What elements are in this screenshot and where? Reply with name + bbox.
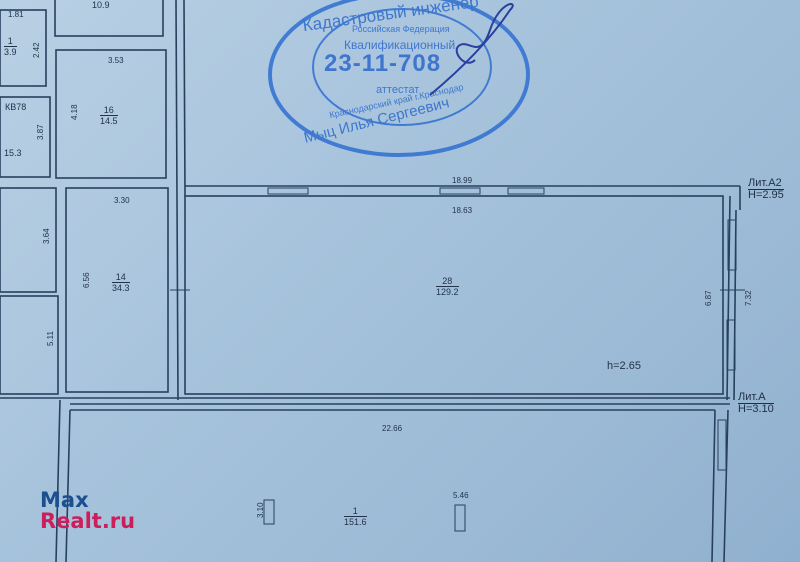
- room-area: 129.2: [436, 287, 459, 297]
- dimension-label: 1.81: [8, 10, 24, 19]
- room-number: 1: [344, 506, 367, 517]
- dimension-label: 7.32: [744, 290, 753, 306]
- room-area: 10.9: [92, 0, 110, 10]
- lit-a2-label: Лит.А2 H=2.95: [748, 178, 784, 201]
- dimension-label: 3.64: [42, 228, 51, 244]
- room-area: 15.3: [4, 148, 22, 158]
- watermark-logo: Max Realt.ru: [40, 490, 135, 532]
- lit-a-label: Лит.А H=3.10: [738, 392, 774, 415]
- room-area: 14.5: [100, 116, 118, 126]
- room-14-label: 14 34.3: [112, 272, 130, 293]
- dimension-label: 5.11: [46, 331, 55, 346]
- dimension-label: 4.18: [70, 104, 79, 120]
- watermark-line1: Max: [40, 490, 135, 511]
- room-top-label: 10.9: [92, 0, 110, 10]
- dimension-label: 3.30: [114, 196, 130, 205]
- room-1-label: 1 3.9: [4, 36, 17, 57]
- room-28-label: 28 129.2: [436, 276, 459, 297]
- room-height-label: h=2.65: [607, 360, 641, 372]
- dimension-label: 3.10: [256, 502, 265, 518]
- dimension-label: 5.46: [453, 491, 469, 500]
- room-number: 14: [112, 272, 130, 283]
- dimension-label: 18.63: [452, 206, 472, 215]
- dimension-label: 6.56: [82, 272, 91, 288]
- room-number: КВ78: [5, 102, 26, 112]
- room-area: 151.6: [344, 517, 367, 527]
- room-small-label: 15.3: [4, 148, 22, 158]
- room-area: 3.9: [4, 47, 17, 57]
- room-kv-label: КВ78: [5, 102, 26, 112]
- room-16-label: 16 14.5: [100, 105, 118, 126]
- watermark-line2: Realt.ru: [40, 511, 135, 532]
- dimension-label: 2.42: [32, 42, 41, 58]
- dimension-label: 3.53: [108, 56, 124, 65]
- room-area: 34.3: [112, 283, 130, 293]
- room-number: 1: [4, 36, 17, 47]
- dimension-label: 18.99: [452, 176, 472, 185]
- dimension-label: 6.87: [704, 290, 713, 306]
- room-number: 28: [436, 276, 459, 287]
- room-big-label: 1 151.6: [344, 506, 367, 527]
- dimension-label: 22.66: [382, 424, 402, 433]
- dimension-label: 3.87: [36, 124, 45, 140]
- room-number: 16: [100, 105, 118, 116]
- signature: [400, 0, 530, 110]
